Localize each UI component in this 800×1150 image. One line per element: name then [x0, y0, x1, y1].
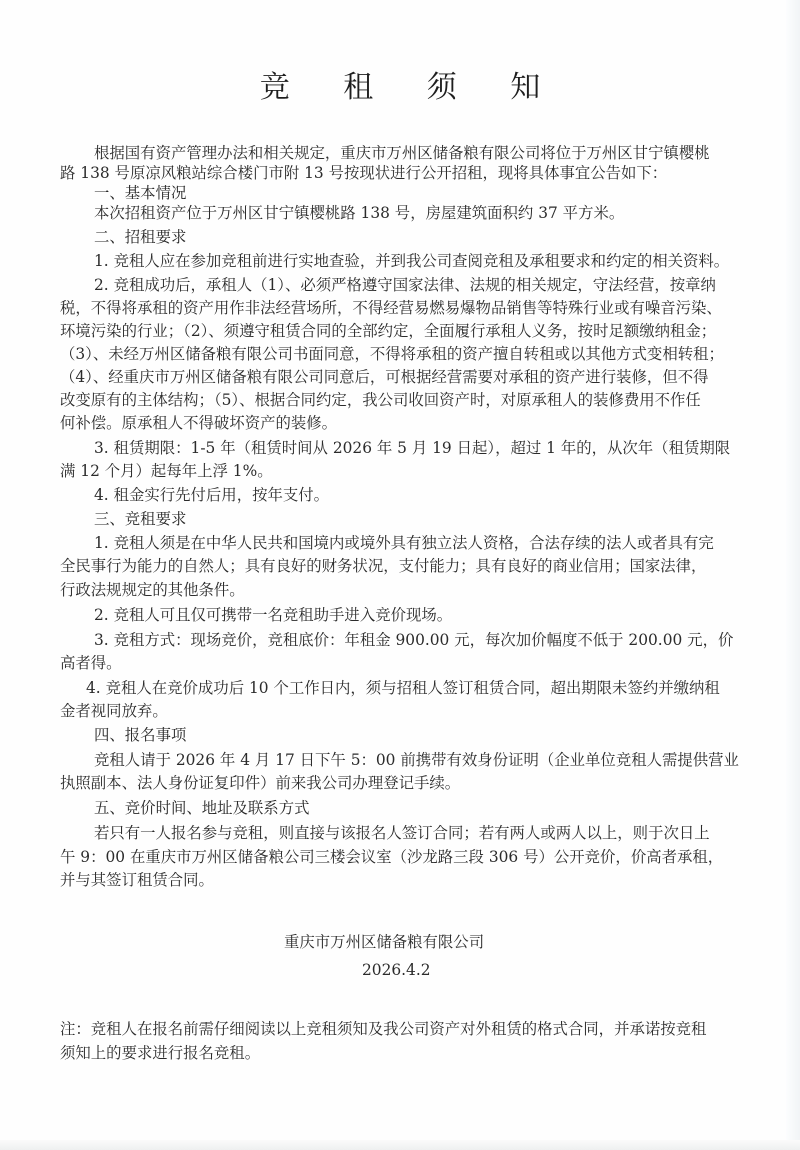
section-3-line-8: 金者视同放弃。: [60, 701, 168, 721]
document-page: 竞 租 须 知 根据国有资产管理办法和相关规定，重庆市万州区储备粮有限公司将位于…: [0, 0, 800, 1150]
section-2-line-8: 何补偿。原承租人不得破坏资产的装修。: [60, 413, 337, 433]
section-2-line-3: 税，不得将承租的资产用作非法经营场所，不得经营易燃易爆物品销售等特殊行业或有噪音…: [60, 298, 722, 318]
note-line-2: 须知上的要求进行报名竞租。: [60, 1043, 260, 1063]
scan-edge-bottom: [0, 1140, 800, 1150]
section-2-line-7: 改变原有的主体结构；（5）、根据合同约定，我公司收回资产时，对原承租人的装修费用…: [60, 390, 701, 410]
section-2-line-6: （4）、经重庆市万州区储备粮有限公司同意后，可根据经营需要对承租的资产进行装修，…: [60, 367, 709, 387]
section-heading-bidding-time-location: 五、竞价时间、地址及联系方式: [94, 798, 309, 818]
section-1-line-1: 本次招租资产位于万州区甘宁镇樱桃路 138 号，房屋建筑面积约 37 平方米。: [94, 203, 624, 223]
section-3-line-1: 1. 竞租人须是在中华人民共和国境内或境外具有独立法人资格，合法存续的法人或者具…: [94, 533, 714, 553]
section-2-line-9: 3. 租赁期限：1-5 年（租赁时间从 2026 年 5 月 19 日起），超过…: [94, 438, 730, 458]
section-2-line-11: 4. 租金实行先付后用，按年支付。: [94, 485, 329, 505]
section-heading-basic-info: 一、基本情况: [94, 183, 186, 203]
section-2-line-1: 1. 竞租人应在参加竞租前进行实地查验，并到我公司查阅竞租及承租要求和约定的相关…: [94, 251, 729, 271]
section-5-line-3: 并与其签订租赁合同。: [60, 870, 214, 890]
section-heading-leasing-requirements: 二、招租要求: [94, 227, 186, 247]
scan-edge-right: [786, 0, 800, 1150]
section-2-line-4: 环境污染的行业；（2）、须遵守租赁合同的全部约定，全面履行承租人义务，按时足额缴…: [60, 321, 716, 341]
signature-date: 2026.4.2: [362, 960, 431, 980]
section-3-line-6: 高者得。: [60, 653, 122, 673]
section-3-line-4: 2. 竞租人可且仅可携带一名竞租助手进入竞价现场。: [94, 605, 452, 625]
section-5-line-2: 午 9：00 在重庆市万州区储备粮公司三楼会议室（沙龙路三段 306 号）公开竞…: [60, 847, 723, 867]
section-4-line-2: 执照副本、法人身份证复印件）前来我公司办理登记手续。: [60, 773, 460, 793]
signature-company: 重庆市万州区储备粮有限公司: [284, 932, 484, 952]
section-3-line-3: 行政法规规定的其他条件。: [60, 580, 245, 600]
intro-line-1: 根据国有资产管理办法和相关规定，重庆市万州区储备粮有限公司将位于万州区甘宁镇樱桃: [94, 143, 710, 163]
section-3-line-7: 4. 竞租人在竞价成功后 10 个工作日内，须与招租人签订租赁合同，超出期限未签…: [86, 678, 720, 698]
section-2-line-10: 满 12 个月）起每年上浮 1%。: [60, 461, 273, 481]
intro-line-2: 路 138 号原凉风粮站综合楼门市附 13 号按现状进行公开招租，现将具体事宜公…: [60, 163, 667, 183]
note-line-1: 注：竞租人在报名前需仔细阅读以上竞租须知及我公司资产对外租赁的格式合同，并承诺按…: [60, 1019, 706, 1039]
section-heading-bidding-requirements: 三、竞租要求: [94, 509, 186, 529]
section-3-line-2: 全民事行为能力的自然人；具有良好的财务状况，支付能力；具有良好的商业信用；国家法…: [60, 556, 706, 576]
document-title: 竞 租 须 知: [0, 70, 800, 106]
section-2-line-2: 2. 竞租成功后，承租人（1）、必须严格遵守国家法律、法规的相关规定，守法经营，…: [94, 275, 716, 295]
section-heading-registration: 四、报名事项: [94, 725, 186, 745]
section-2-line-5: （3）、未经万州区储备粮有限公司书面同意，不得将承租的资产擅自转租或以其他方式变…: [60, 344, 724, 364]
section-3-line-5: 3. 竞租方式：现场竞价，竞租底价：年租金 900.00 元，每次加价幅度不低于…: [94, 630, 733, 650]
section-5-line-1: 若只有一人报名参与竞租，则直接与该报名人签订合同；若有两人或两人以上，则于次日上: [94, 823, 710, 843]
section-4-line-1: 竞租人请于 2026 年 4 月 17 日下午 5：00 前携带有效身份证明（企…: [94, 750, 739, 770]
